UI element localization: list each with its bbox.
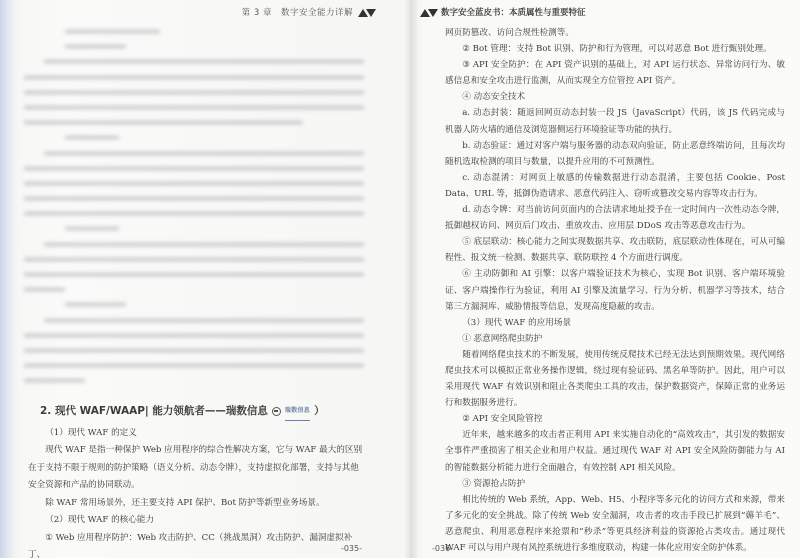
- paragraph: ① Web 应用程序防护：Web 攻击防护、CC（挑战黑洞）攻击防护、漏洞虚拟补…: [28, 530, 363, 558]
- page-number: -035-: [341, 544, 362, 553]
- section-heading-text: 2. 现代 WAF/WAAP| 能力领航者——瑞数信息: [40, 403, 268, 421]
- paragraph: ④ 动态安全技术: [445, 89, 785, 105]
- left-page: 第 3 章 数字安全能力详解: [0, 0, 410, 558]
- paragraph: b. 动态验证：通过对客户端与服务器的动态双向验证，防止恶意终端访问，且每次均随…: [445, 138, 785, 170]
- left-running-header: 第 3 章 数字安全能力详解: [242, 6, 376, 18]
- paragraph: 现代 WAF 是指一种保护 Web 应用程序的综合性解决方案，它与 WAF 最大…: [28, 442, 363, 495]
- paragraph: ⑤ 底层联动：核心能力之间实现数据共享、攻击联防，底层联动性体现在，可从可编程性…: [445, 234, 785, 266]
- paragraph: ② Bot 管理：支持 Bot 识别、防护和行为管理，可以对恶意 Bot 进行甄…: [445, 41, 785, 57]
- left-page-body: 2. 现代 WAF/WAAP| 能力领航者——瑞数信息 瑞数信息 ） （1）现代…: [28, 402, 363, 558]
- right-page-body: 网页防篡改、访问合规性检测等。 ② Bot 管理：支持 Bot 识别、防护和行为…: [445, 25, 785, 556]
- paragraph: ⑥ 主动防御和 AI 引擎：以客户端验证技术为核心，实现 Bot 识别、客户端环…: [445, 266, 785, 314]
- logo-mark-icon: [420, 8, 438, 17]
- logo-mark-icon: [358, 8, 376, 17]
- right-page: 数字安全蓝皮书：本质属性与重要特征 网页防篡改、访问合规性检测等。 ② Bot …: [410, 0, 800, 558]
- paragraph: （2）现代 WAF 的核心能力: [28, 512, 363, 530]
- paragraph: 网页防篡改、访问合规性检测等。: [445, 25, 785, 41]
- paragraph: 随着网络爬虫技术的不断发展，使用传统反爬技术已经无法达到预期效果。现代网络爬虫技…: [445, 347, 785, 411]
- right-running-header: 数字安全蓝皮书：本质属性与重要特征: [420, 6, 586, 18]
- paragraph: ① 恶意网络爬虫防护: [445, 331, 785, 347]
- right-running-header-text: 数字安全蓝皮书：本质属性与重要特征: [441, 6, 586, 18]
- brand-tag: 瑞数信息: [285, 402, 310, 421]
- paragraph: ③ 资源抢占防护: [445, 476, 785, 492]
- page-number: -036-: [432, 544, 453, 553]
- section-heading: 2. 现代 WAF/WAAP| 能力领航者——瑞数信息 瑞数信息 ）: [40, 402, 363, 421]
- section-heading-close: ）: [314, 403, 325, 421]
- left-running-header-text: 第 3 章 数字安全能力详解: [242, 6, 353, 18]
- paragraph: 近年来，越来越多的攻击者正利用 API 来实施自动化的“高效攻击”，其引发的数据…: [445, 427, 785, 475]
- book-gutter: [405, 0, 417, 558]
- paragraph: （1）现代 WAF 的定义: [28, 425, 363, 443]
- paragraph: d. 动态令牌：对当前访问页面内的合法请求地址授予在一定时间内一次性动态令牌，抵…: [445, 202, 785, 234]
- paragraph: ③ API 安全防护：在 API 资产识别的基础上，对 API 运行状态、异常访…: [445, 57, 785, 89]
- paragraph: c. 动态混淆：对网页上敏感的传输数据进行动态混淆，主要包括 Cookie、Po…: [445, 170, 785, 202]
- book-spread: 第 3 章 数字安全能力详解: [0, 0, 800, 558]
- paragraph: ② API 安全风险管控: [445, 411, 785, 427]
- paragraph: 相比传统的 Web 系统，App、Web、H5、小程序等多元化的访问方式和来源，…: [445, 492, 785, 556]
- paragraph: 除 WAF 常用场景外，还主要支持 API 保护、Bot 防护等新型业务场景。: [28, 495, 363, 513]
- blurred-text-region: [24, 30, 364, 390]
- brand-logo-icon: [272, 407, 281, 416]
- paragraph: a. 动态封装：随返回网页动态封装一段 JS（JavaScript）代码，该 J…: [445, 105, 785, 137]
- paragraph: （3）现代 WAF 的应用场景: [445, 315, 785, 331]
